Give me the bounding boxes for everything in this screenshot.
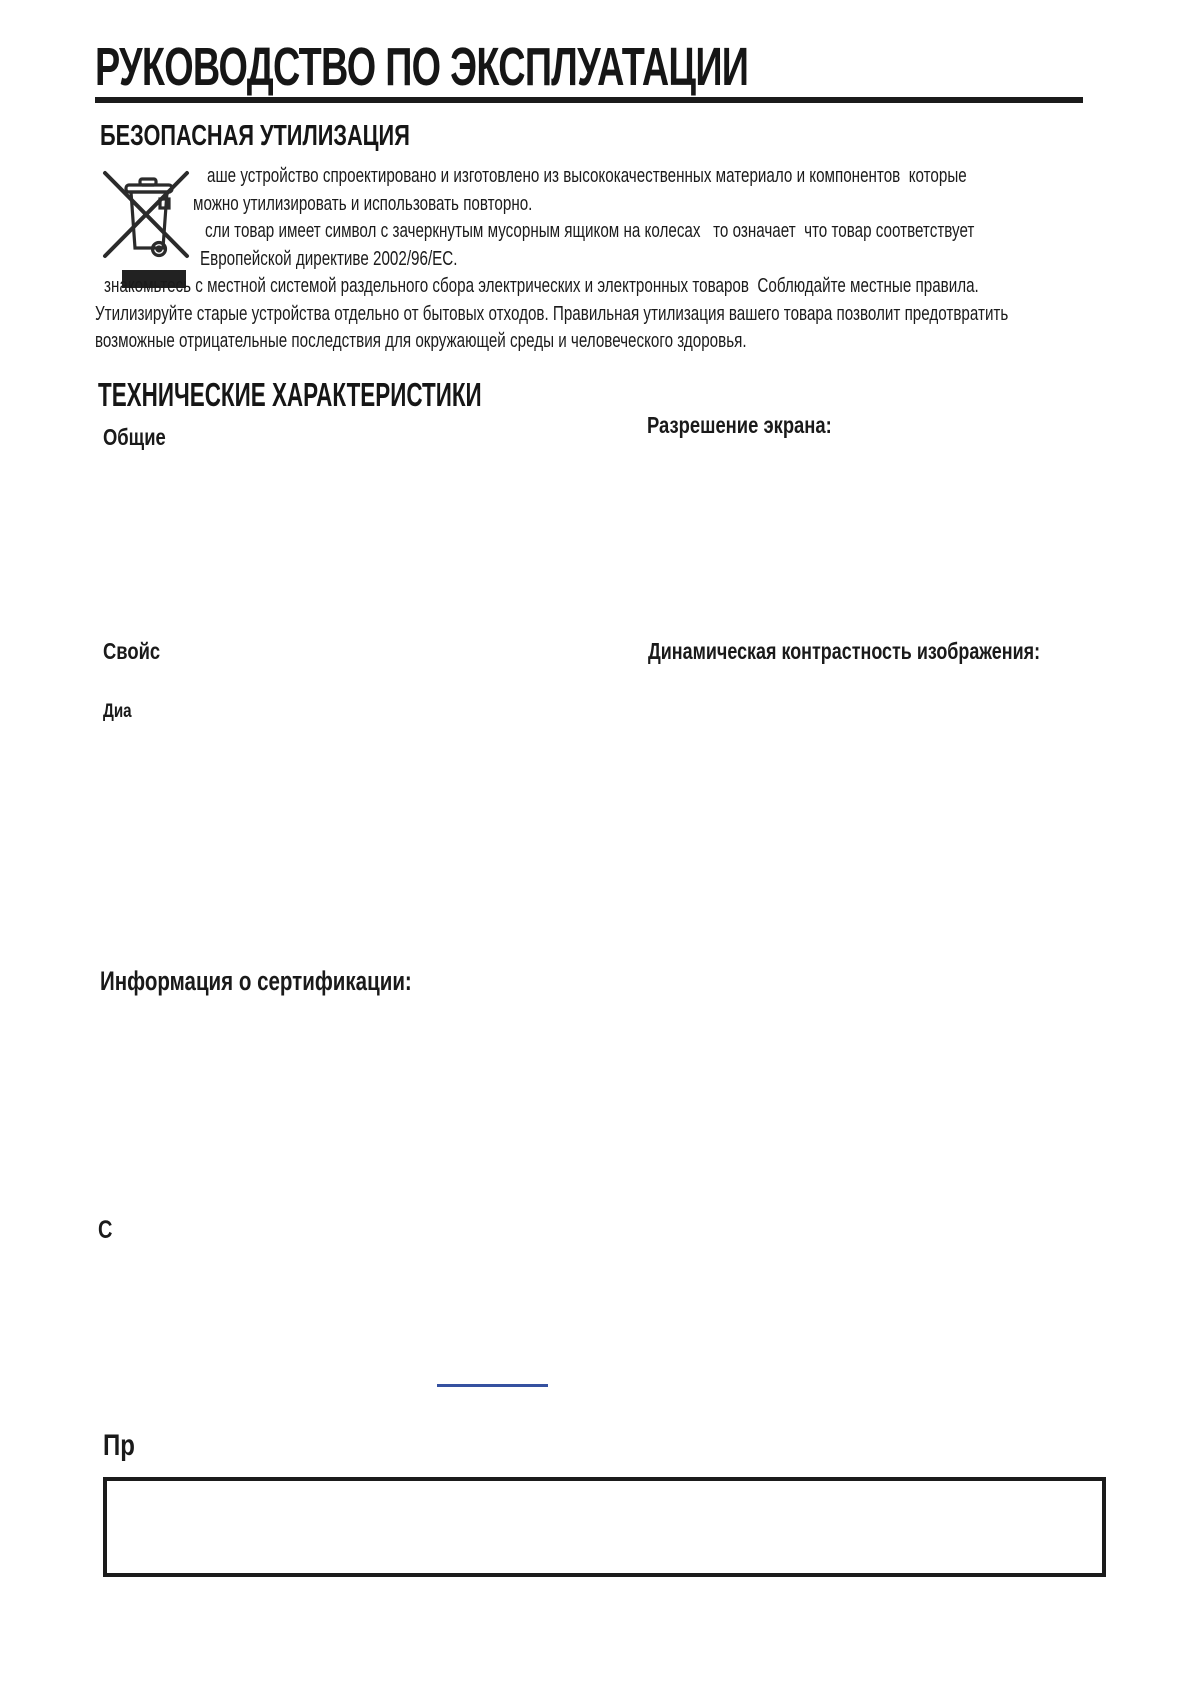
- link-underline[interactable]: [437, 1384, 548, 1387]
- label-pr: Пр: [103, 1431, 143, 1461]
- disposal-line: Европейской директиве 2002/96/ЕС.: [200, 247, 539, 271]
- disposal-line: можно утилизировать и использовать повто…: [193, 192, 640, 216]
- label-properties: Свойс: [103, 640, 174, 663]
- label-certification: Информация о сертификации:: [100, 968, 510, 995]
- disposal-line: аше устройство спроектировано и изготовл…: [207, 164, 1190, 188]
- label-dynamic-contrast: Динамическая контрастность изображения:: [648, 640, 1151, 663]
- label-diagonal: Диа: [103, 702, 139, 721]
- label-screen-resolution: Разрешение экрана:: [647, 414, 878, 437]
- disposal-line: знакомьтесь с местной системой раздельно…: [104, 274, 1190, 298]
- page-title-text: РУКОВОДСТВО ПО ЭКСПЛУАТАЦИИ: [95, 40, 748, 94]
- title-divider: [95, 97, 1083, 103]
- label-c: С: [98, 1218, 116, 1243]
- note-box: [103, 1477, 1106, 1577]
- section-heading-specs: ТЕХНИЧЕСКИЕ ХАРАКТЕРИСТИКИ: [98, 378, 662, 411]
- section-heading-disposal-text: БЕЗОПАСНАЯ УТИЛИЗАЦИЯ: [100, 122, 410, 151]
- disposal-line: Утилизируйте старые устройства отдельно …: [95, 302, 1190, 326]
- label-general: Общие: [103, 426, 181, 449]
- manual-page: РУКОВОДСТВО ПО ЭКСПЛУАТАЦИИ БЕЗОПАСНАЯ У…: [0, 0, 1190, 1684]
- page-title: РУКОВОДСТВО ПО ЭКСПЛУАТАЦИИ: [95, 40, 1028, 94]
- section-heading-disposal: БЕЗОПАСНАЯ УТИЛИЗАЦИЯ: [100, 122, 513, 151]
- section-heading-specs-text: ТЕХНИЧЕСКИЕ ХАРАКТЕРИСТИКИ: [98, 378, 482, 411]
- disposal-line: сли товар имеет символ с зачеркнутым мус…: [205, 219, 1190, 243]
- disposal-line: возможные отрицательные последствия для …: [95, 329, 952, 353]
